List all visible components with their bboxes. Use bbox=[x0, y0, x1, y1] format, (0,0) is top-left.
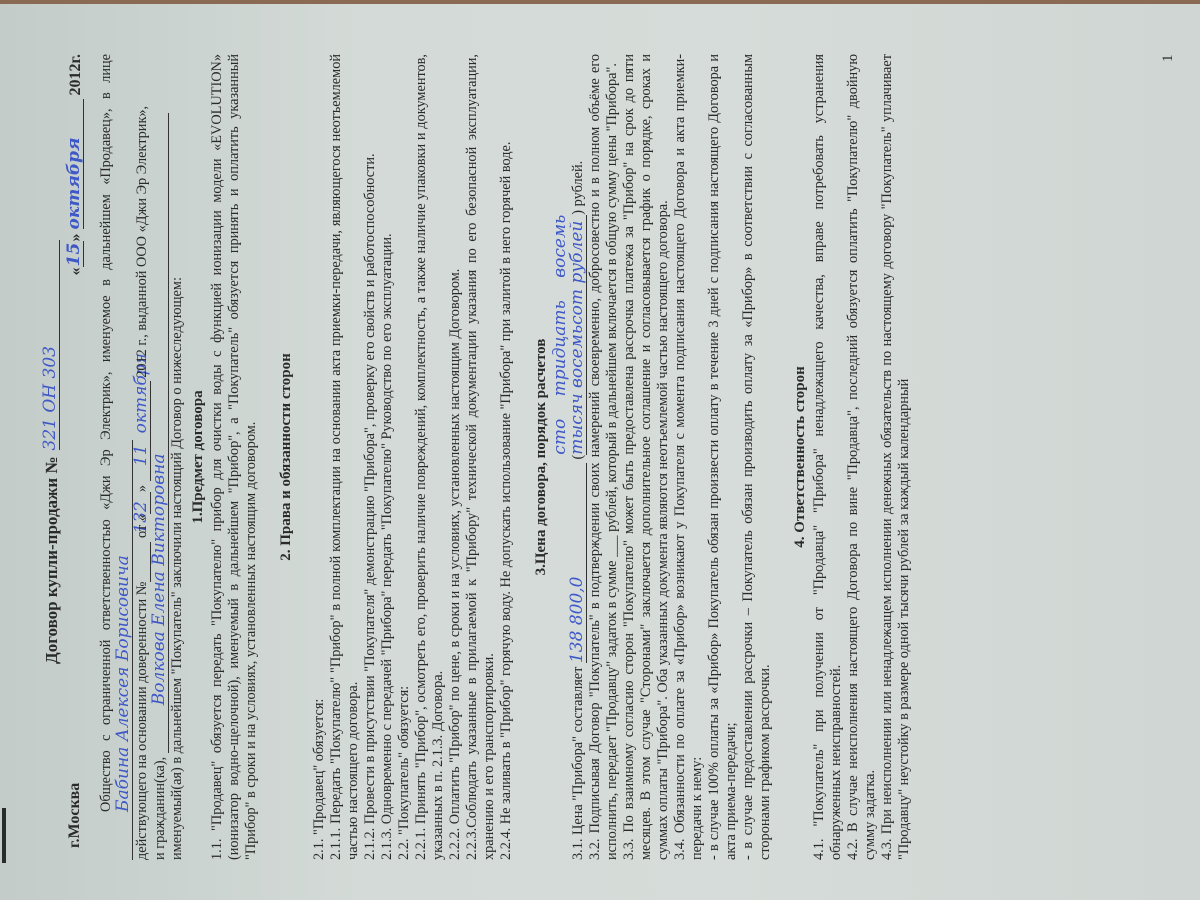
preamble-text-2: действующего на основании доверенности № bbox=[134, 582, 150, 860]
contract-date: «15» октября 2012г. bbox=[66, 54, 84, 275]
price-suffix: ) рублей. bbox=[570, 161, 586, 215]
clause-2-2-3: 2.2.3.Соблюдать указанные в прилагаемой … bbox=[464, 54, 498, 860]
preamble-closing: именуемый(ая) в дальнейшем "Покупатель" … bbox=[169, 277, 185, 860]
clause-3-4-a: - в случае 100% оплаты за «Прибор» Покуп… bbox=[706, 54, 740, 860]
clause-4-1: 4.1. "Покупатель" при получении от "Прод… bbox=[811, 54, 845, 860]
section-2-heading: 2. Права и обязанности сторон bbox=[278, 54, 295, 860]
clause-2-2-4: 2.2.4. Не заливать в "Прибор" горячую во… bbox=[498, 54, 515, 860]
date-year: 2012г. bbox=[67, 54, 84, 95]
preamble: Общество с ограниченной ответственностью… bbox=[98, 54, 186, 860]
clause-3-2: 3.2. Подписывая Договор "Покупатель" в п… bbox=[587, 54, 621, 860]
preamble-text-1: Общество с ограниченной ответственностью… bbox=[98, 54, 114, 812]
clause-4-2: 4.2. В случае неисполнения настоящего До… bbox=[845, 54, 879, 860]
contract-number: 321 ОН 303 bbox=[42, 241, 60, 451]
city-date-row: г.Москва «15» октября 2012г. bbox=[66, 54, 84, 860]
title-row: Договор купли-продажи № 321 ОН 303 bbox=[32, 54, 60, 664]
price-amount: 138 800,0 bbox=[569, 463, 587, 663]
page-number: 1 bbox=[1160, 55, 1177, 63]
price-label: 3.1. Цена "Прибора" составляет bbox=[570, 667, 586, 860]
clause-1-1: 1.1. "Продавец" обязуется передать "Поку… bbox=[209, 54, 260, 860]
clause-2-1-2: 2.1.2. Провести в присутствии "Покупател… bbox=[362, 54, 379, 860]
clause-3-4: 3.4. Обязанности по оплате за «Прибор» в… bbox=[672, 54, 706, 860]
citizen-name: Волкова Елена Викторовна bbox=[151, 113, 169, 753]
clause-3-3: 3.3. По взаимному согласию сторон "Покуп… bbox=[621, 54, 672, 860]
document-title: Договор купли-продажи № bbox=[43, 457, 60, 665]
city: г.Москва bbox=[66, 783, 84, 848]
section-3-heading: 3.Цена договора, порядок расчетов bbox=[533, 54, 550, 860]
citizen-prefix: и гражданин(ка), bbox=[152, 757, 168, 860]
clause-4-3: 4.3. При неисполнении или ненадлежащем и… bbox=[879, 54, 913, 860]
date-day: 15 bbox=[66, 241, 84, 267]
clause-2-2-2: 2.2.2. Оплатить "Прибор" по цене, в срок… bbox=[447, 54, 464, 860]
clause-2-1: 2.1. "Продавец" обязуется: bbox=[311, 54, 328, 860]
price-in-words: сто тридцать восемь тысяч восемьсот рубл… bbox=[552, 215, 587, 455]
clause-2-1-1: 2.1.1. Передать "Покупателю" "Прибор" в … bbox=[328, 54, 362, 860]
poa-from: от « bbox=[134, 514, 150, 538]
clause-2-2: 2.2. "Покупатель" обязуется: bbox=[396, 54, 413, 860]
section-1-heading: 1.Предмет договора bbox=[190, 54, 207, 860]
contract-page: Договор купли-продажи № 321 ОН 303 г.Мос… bbox=[0, 0, 1200, 900]
clause-2-1-3: 2.1.3. Одновременно с передачей "Прибора… bbox=[379, 54, 396, 860]
clause-3-1: 3.1. Цена "Прибора" составляет 138 800,0… bbox=[552, 54, 587, 860]
poa-year: 2012 г., выданной ООО «Джи Эр Электрик», bbox=[134, 106, 150, 378]
clause-2-2-1: 2.2.1. Принять "Прибор", осмотреть его, … bbox=[413, 54, 447, 860]
date-month: октября bbox=[66, 99, 84, 229]
section-4-heading: 4. Ответственность сторон bbox=[792, 54, 809, 860]
clause-3-4-b: - в случае предоставлении рассрочки – По… bbox=[740, 54, 774, 860]
